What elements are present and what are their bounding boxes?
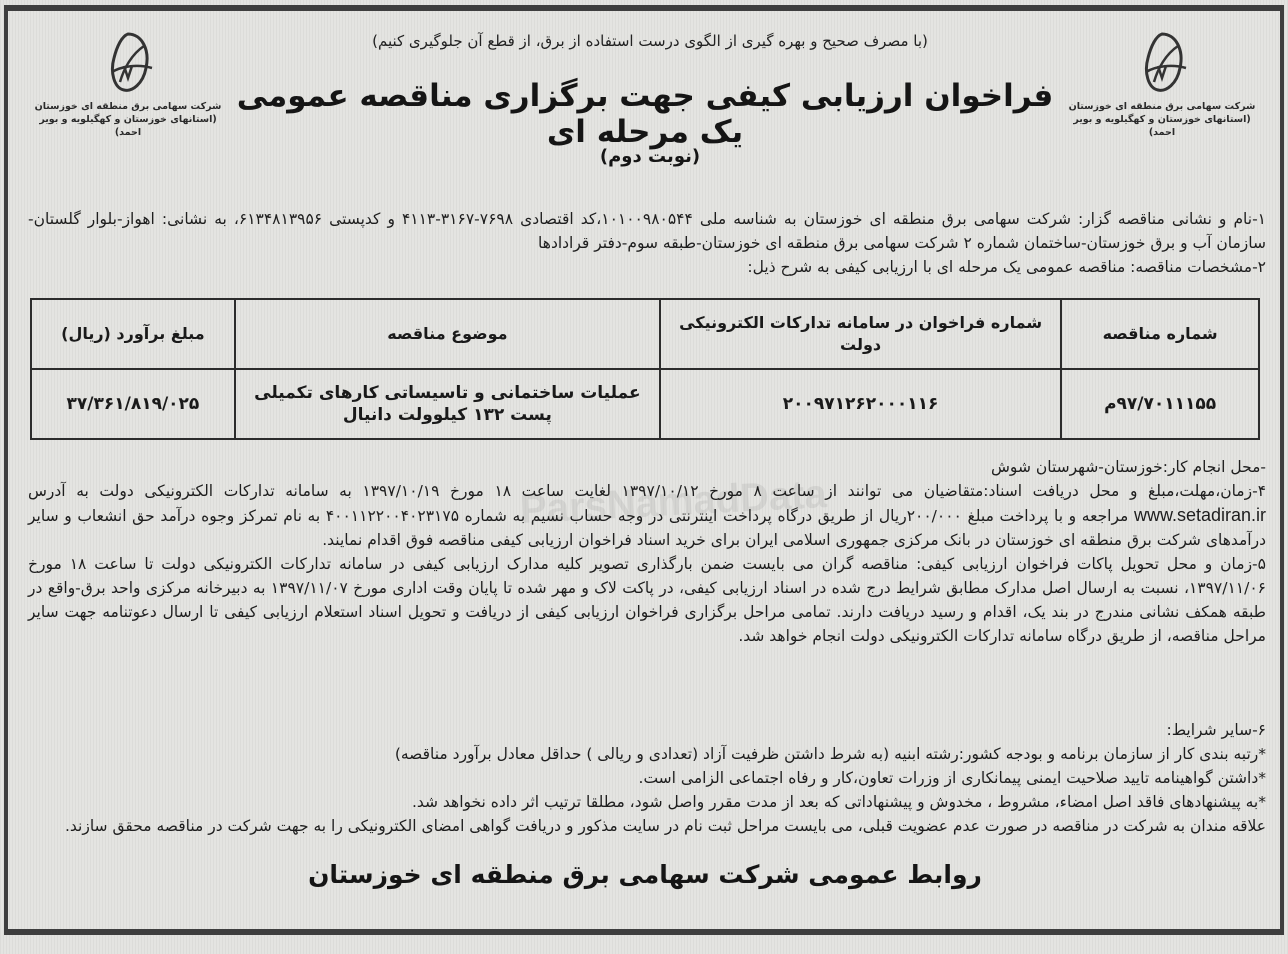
cell-estimate: ۳۷/۳۶۱/۸۱۹/۰۲۵	[31, 369, 235, 439]
section-5-text: ۵-زمان و محل تحویل پاکات فراخوان ارزیابی…	[28, 552, 1266, 648]
section-2-text: ۲-مشخصات مناقصه: مناقصه عمومی یک مرحله ا…	[28, 255, 1266, 279]
header-call-number: شماره فراخوان در سامانه تدارکات الکترونی…	[660, 299, 1061, 369]
page-title: فراخوان ارزیابی کیفی جهت برگزاری مناقصه …	[220, 78, 1070, 150]
tender-table: شماره مناقصه شماره فراخوان در سامانه تدا…	[30, 298, 1260, 440]
section-4-after-url: مراجعه و با پرداخت مبلغ ۲۰۰/۰۰۰ریال از ط…	[28, 507, 1266, 549]
setadiran-link[interactable]: www.setadiran.ir	[1134, 505, 1266, 525]
cell-tender-number: ۹۷/۷۰۱۱۱۵۵م	[1061, 369, 1259, 439]
closing-note: علاقه مندان به شرکت در مناقصه در صورت عد…	[28, 814, 1266, 838]
page-subtitle: (نوبت دوم)	[500, 146, 800, 167]
table-row: ۹۷/۷۰۱۱۱۵۵م ۲۰۰۹۷۱۲۶۲۰۰۰۱۱۶ عملیات ساختم…	[31, 369, 1259, 439]
section-4-text: ۴-زمان،مهلت،مبلغ و محل دریافت اسناد:متقا…	[28, 479, 1266, 552]
condition-item: *رتبه بندی کار از سازمان برنامه و بودجه …	[28, 742, 1266, 766]
section-tenderer-info: ۱-نام و نشانی مناقصه گزار: شرکت سهامی بر…	[28, 207, 1266, 279]
section-6-heading: ۶-سایر شرایط:	[28, 718, 1266, 742]
company-logo-right: شرکت سهامی برق منطقه ای خوزستان (استانها…	[1062, 28, 1262, 139]
logo-caption-line2: (استانهای خوزستان و کهگیلویه و بویر احمد…	[1062, 113, 1262, 139]
section-3-text: -محل انجام کار:خوزستان-شهرستان شوش	[28, 455, 1266, 479]
company-logo-left: شرکت سهامی برق منطقه ای خوزستان (استانها…	[28, 28, 228, 139]
table-header-row: شماره مناقصه شماره فراخوان در سامانه تدا…	[31, 299, 1259, 369]
header-tender-number: شماره مناقصه	[1061, 299, 1259, 369]
company-logo-icon	[98, 28, 158, 100]
section-1-text: ۱-نام و نشانی مناقصه گزار: شرکت سهامی بر…	[28, 207, 1266, 255]
section-other-conditions: ۶-سایر شرایط: *رتبه بندی کار از سازمان ب…	[28, 718, 1266, 838]
condition-item: *به پیشنهادهای فاقد اصل امضاء، مشروط ، م…	[28, 790, 1266, 814]
header-subject: موضوع مناقصه	[235, 299, 660, 369]
condition-item: *داشتن گواهینامه تایید صلاحیت ایمنی پیما…	[28, 766, 1266, 790]
section-details: -محل انجام کار:خوزستان-شهرستان شوش ۴-زما…	[28, 455, 1266, 648]
logo-caption-line1: شرکت سهامی برق منطقه ای خوزستان	[1062, 100, 1262, 113]
company-logo-icon	[1132, 28, 1192, 100]
header-estimate: مبلغ برآورد (ریال)	[31, 299, 235, 369]
slogan: (با مصرف صحیح و بهره گیری از الگوی درست …	[300, 32, 1000, 50]
cell-call-number: ۲۰۰۹۷۱۲۶۲۰۰۰۱۱۶	[660, 369, 1061, 439]
footer-signature: روابط عمومی شرکت سهامی برق منطقه ای خوزس…	[300, 860, 990, 889]
tender-announcement-page: شرکت سهامی برق منطقه ای خوزستان (استانها…	[0, 0, 1288, 954]
logo-caption-line2: (استانهای خوزستان و کهگیلویه و بویر احمد…	[28, 113, 228, 139]
logo-caption-line1: شرکت سهامی برق منطقه ای خوزستان	[28, 100, 228, 113]
section-4-before-url: ۴-زمان،مهلت،مبلغ و محل دریافت اسناد:متقا…	[28, 482, 1266, 500]
cell-subject: عملیات ساختمانی و تاسیساتی کارهای تکمیلی…	[235, 369, 660, 439]
